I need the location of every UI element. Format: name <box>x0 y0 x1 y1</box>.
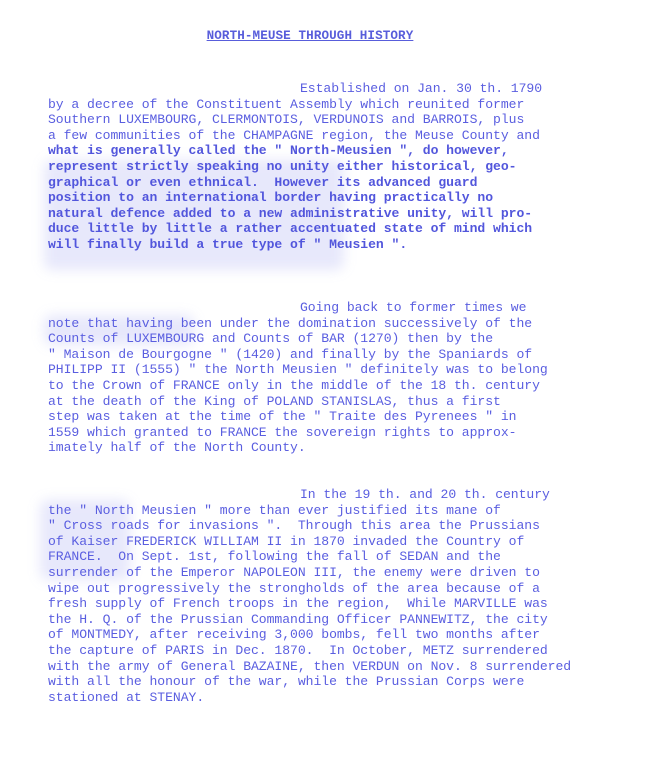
text-line: 1559 which granted to FRANCE the soverei… <box>48 425 548 441</box>
text-line: step was taken at the time of the " Trai… <box>48 409 548 425</box>
text-line: stationed at STENAY. <box>48 690 571 706</box>
text-line: note that having been under the dominati… <box>48 316 548 332</box>
text-line: the capture of PARIS in Dec. 1870. In Oc… <box>48 643 571 659</box>
text-line: of Kaiser FREDERICK WILLIAM II in 1870 i… <box>48 534 571 550</box>
text-line: fresh supply of French troops in the reg… <box>48 596 571 612</box>
text-line: In the 19 th. and 20 th. century <box>48 487 571 503</box>
text-line: wipe out progressively the strongholds o… <box>48 581 571 597</box>
text-line: Going back to former times we <box>48 300 548 316</box>
text-line: duce little by little a rather accentuat… <box>48 221 542 237</box>
text-line: imately half of the North County. <box>48 440 548 456</box>
text-line: at the death of the King of POLAND STANI… <box>48 394 548 410</box>
text-line: the " North Meusien " more than ever jus… <box>48 503 571 519</box>
text-line: with the army of General BAZAINE, then V… <box>48 659 571 675</box>
text-line: Counts of LUXEMBOURG and Counts of BAR (… <box>48 331 548 347</box>
text-line: " Cross roads for invasions ". Through t… <box>48 518 571 534</box>
text-line: a few communities of the CHAMPAGNE regio… <box>48 128 542 144</box>
text-line: with all the honour of the war, while th… <box>48 674 571 690</box>
text-line: FRANCE. On Sept. 1st, following the fall… <box>48 549 571 565</box>
text-line: position to an international border havi… <box>48 190 542 206</box>
text-line: by a decree of the Constituent Assembly … <box>48 97 542 113</box>
text-line: will finally build a true type of " Meus… <box>48 237 542 253</box>
document-title: NORTH-MEUSE THROUGH HISTORY <box>0 29 620 43</box>
paragraph-19th-20th-century: In the 19 th. and 20 th. centurythe " No… <box>48 487 571 705</box>
text-line: the H. Q. of the Prussian Commanding Off… <box>48 612 571 628</box>
text-line: PHILIPP II (1555) " the North Meusien " … <box>48 362 548 378</box>
text-line: what is generally called the " North-Meu… <box>48 143 542 159</box>
text-line: Southern LUXEMBOURG, CLERMONTOIS, VERDUN… <box>48 112 542 128</box>
paragraph-establishment: Established on Jan. 30 th. 1790by a decr… <box>48 81 542 253</box>
text-line: natural defence added to a new administr… <box>48 206 542 222</box>
text-line: " Maison de Bourgogne " (1420) and final… <box>48 347 548 363</box>
text-line: surrender of the Emperor NAPOLEON III, t… <box>48 565 571 581</box>
text-line: of MONTMEDY, after receiving 3,000 bombs… <box>48 627 571 643</box>
text-line: to the Crown of FRANCE only in the middl… <box>48 378 548 394</box>
text-line: graphical or even ethnical. However its … <box>48 175 542 191</box>
paragraph-former-times: Going back to former times wenote that h… <box>48 300 548 456</box>
text-line: represent strictly speaking no unity eit… <box>48 159 542 175</box>
text-line: Established on Jan. 30 th. 1790 <box>48 81 542 97</box>
typewritten-page: NORTH-MEUSE THROUGH HISTORY Established … <box>0 0 650 772</box>
